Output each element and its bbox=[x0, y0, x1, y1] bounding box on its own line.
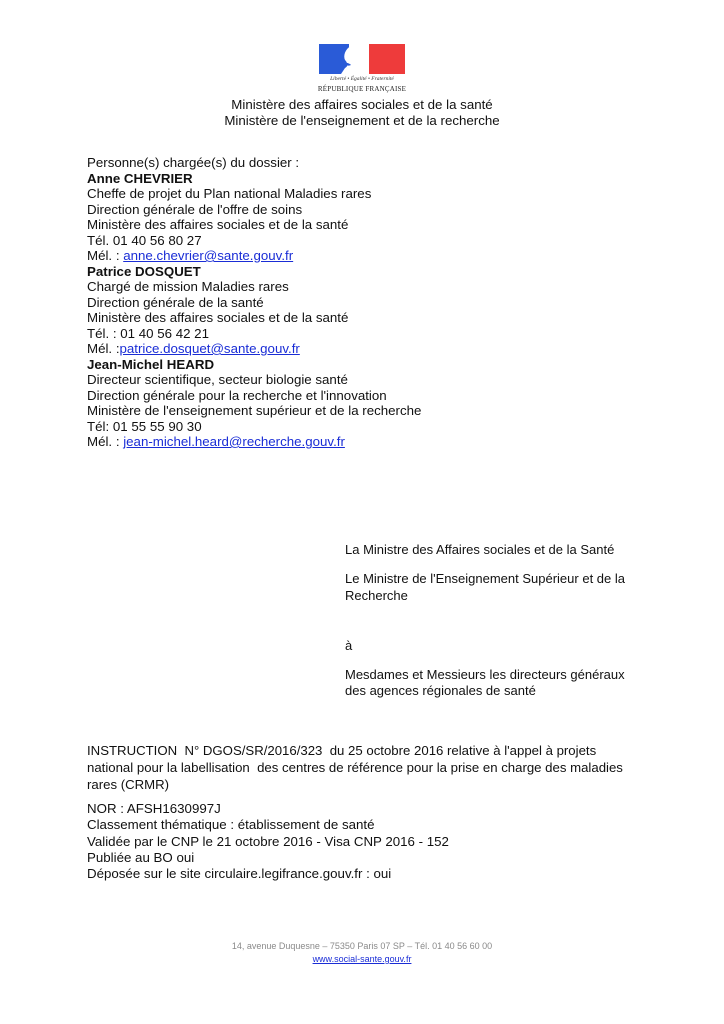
ministry-line-2: Ministère de l'enseignement et de la rec… bbox=[0, 113, 724, 129]
motto: Liberté • Égalité • Fraternité bbox=[319, 76, 405, 82]
email-link[interactable]: anne.chevrier@sante.gouv.fr bbox=[123, 248, 293, 263]
contact-phone: Tél. 01 40 56 80 27 bbox=[87, 233, 421, 249]
contact-role: Cheffe de projet du Plan national Maladi… bbox=[87, 186, 421, 202]
contacts-block: Personne(s) chargée(s) du dossier : Anne… bbox=[87, 155, 421, 450]
footer-address: 14, avenue Duquesne – 75350 Paris 07 SP … bbox=[0, 941, 724, 951]
nor: NOR : AFSH1630997J bbox=[87, 801, 449, 817]
contact-phone: Tél. : 01 40 56 42 21 bbox=[87, 326, 421, 342]
contact-person: Anne CHEVRIER Cheffe de projet du Plan n… bbox=[87, 171, 421, 264]
to-label: à bbox=[345, 638, 352, 654]
validation: Validée par le CNP le 21 octobre 2016 - … bbox=[87, 834, 449, 850]
contact-ministry: Ministère de l'enseignement supérieur et… bbox=[87, 403, 421, 419]
sender-2-line-2: Recherche bbox=[345, 588, 408, 604]
contact-role: Chargé de mission Maladies rares bbox=[87, 279, 421, 295]
contact-person: Patrice DOSQUET Chargé de mission Maladi… bbox=[87, 264, 421, 357]
marianne-logo-icon bbox=[319, 44, 405, 74]
website-link[interactable]: www.social-sante.gouv.fr bbox=[313, 954, 412, 964]
instruction-line-1: INSTRUCTION N° DGOS/SR/2016/323 du 25 oc… bbox=[87, 742, 647, 759]
contact-ministry: Ministère des affaires sociales et de la… bbox=[87, 310, 421, 326]
contact-mail-line: Mél. : jean-michel.heard@recherche.gouv.… bbox=[87, 434, 421, 450]
contact-direction: Direction générale pour la recherche et … bbox=[87, 388, 421, 404]
contact-role: Directeur scientifique, secteur biologie… bbox=[87, 372, 421, 388]
instruction-meta: NOR : AFSH1630997J Classement thématique… bbox=[87, 801, 449, 882]
contact-direction: Direction générale de la santé bbox=[87, 295, 421, 311]
footer-website-line: www.social-sante.gouv.fr bbox=[0, 954, 724, 964]
contact-name: Anne CHEVRIER bbox=[87, 171, 421, 187]
contact-direction: Direction générale de l'offre de soins bbox=[87, 202, 421, 218]
email-link[interactable]: jean-michel.heard@recherche.gouv.fr bbox=[123, 434, 345, 449]
sender-1: La Ministre des Affaires sociales et de … bbox=[345, 542, 614, 558]
email-link[interactable]: patrice.dosquet@sante.gouv.fr bbox=[120, 341, 300, 356]
instruction-title: INSTRUCTION N° DGOS/SR/2016/323 du 25 oc… bbox=[87, 742, 647, 793]
contact-person: Jean-Michel HEARD Directeur scientifique… bbox=[87, 357, 421, 450]
contact-ministry: Ministère des affaires sociales et de la… bbox=[87, 217, 421, 233]
contact-phone: Tél: 01 55 55 90 30 bbox=[87, 419, 421, 435]
contact-name: Patrice DOSQUET bbox=[87, 264, 421, 280]
republique-francaise-label: RÉPUBLIQUE FRANÇAISE bbox=[313, 85, 411, 93]
mail-label: Mél. : bbox=[87, 434, 123, 449]
ministry-line-1: Ministère des affaires sociales et de la… bbox=[0, 97, 724, 113]
classement: Classement thématique : établissement de… bbox=[87, 817, 449, 833]
contact-mail-line: Mél. : anne.chevrier@sante.gouv.fr bbox=[87, 248, 421, 264]
mail-label: Mél. : bbox=[87, 341, 120, 356]
republique-francaise-logo: Liberté • Égalité • Fraternité RÉPUBLIQU… bbox=[319, 44, 405, 94]
instruction-line-3: rares (CRMR) bbox=[87, 776, 647, 793]
publication: Publiée au BO oui bbox=[87, 850, 449, 866]
mail-label: Mél. : bbox=[87, 248, 123, 263]
sender-2-line-1: Le Ministre de l'Enseignement Supérieur … bbox=[345, 571, 625, 587]
contact-name: Jean-Michel HEARD bbox=[87, 357, 421, 373]
addressee-line-1: Mesdames et Messieurs les directeurs gén… bbox=[345, 667, 625, 683]
addressee-line-2: des agences régionales de santé bbox=[345, 683, 536, 699]
contact-mail-line: Mél. :patrice.dosquet@sante.gouv.fr bbox=[87, 341, 421, 357]
contacts-intro: Personne(s) chargée(s) du dossier : bbox=[87, 155, 421, 171]
instruction-line-2: national pour la labellisation des centr… bbox=[87, 759, 647, 776]
deposit: Déposée sur le site circulaire.legifranc… bbox=[87, 866, 449, 882]
